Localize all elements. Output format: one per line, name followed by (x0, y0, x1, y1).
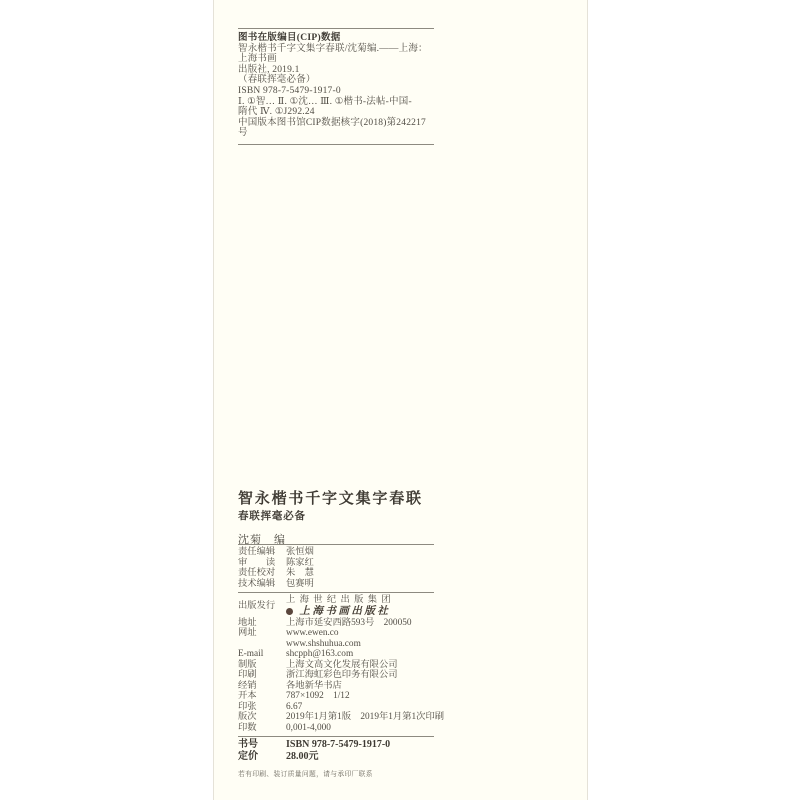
publishing-row: 版次2019年1月第1版 2019年1月第1次印刷 (238, 712, 434, 723)
row-label: 经销 (238, 681, 286, 692)
row-value-line: 6.67 (286, 702, 434, 713)
row-value: shcpph@163.com (286, 649, 434, 660)
row-value: 28.00元 (286, 751, 434, 763)
row-value-line: 2019年1月第1版 2019年1月第1次印刷 (286, 712, 444, 723)
publisher-group: 上 海 世 纪 出 版 集 团 (286, 595, 434, 606)
row-value: 陈家红 (286, 558, 434, 569)
staff-row: 责任编辑张恒烟 (238, 547, 434, 558)
row-label: 责任编辑 (238, 547, 286, 558)
row-label: 责任校对 (238, 568, 286, 579)
row-label: 审 读 (238, 558, 286, 569)
publisher-imprint-line: 上海书画出版社 (286, 606, 434, 618)
cip-heading: 图书在版编目(CIP)数据 (238, 33, 434, 44)
row-value: 787×1092 1/12 (286, 691, 434, 702)
row-label: 开本 (238, 691, 286, 702)
staff-section: 责任编辑张恒烟审 读陈家红责任校对朱 慧技术编辑包赛明 (238, 544, 434, 592)
publishing-row: 开本787×1092 1/12 (238, 691, 434, 702)
row-value-line: 上海市延安西路593号 200050 (286, 618, 434, 629)
publishing-row: 印张6.67 (238, 702, 434, 713)
scan-background: 图书在版编目(CIP)数据 智永楷书千字文集字春联/沈菊编.——上海：上海书画出… (0, 0, 800, 800)
row-label: 印张 (238, 702, 286, 713)
row-value: www.ewen.cowww.shshuhua.com (286, 628, 434, 649)
row-value: 6.67 (286, 702, 434, 713)
staff-row: 技术编辑包赛明 (238, 579, 434, 590)
row-value-line: 787×1092 1/12 (286, 691, 434, 702)
row-value: 0,001-4,000 (286, 723, 434, 734)
row-label: 出版发行 (238, 601, 286, 612)
staff-row: 审 读陈家红 (238, 558, 434, 569)
publisher-row: 出版发行 上 海 世 纪 出 版 集 团 上海书画出版社 (238, 595, 434, 618)
row-value-line: 上海文高文化发展有限公司 (286, 660, 434, 671)
row-value: 朱 慧 (286, 568, 434, 579)
cip-line: （春联挥毫必备） (238, 75, 434, 86)
row-value: 张恒烟 (286, 547, 434, 558)
row-label: 制版 (238, 660, 286, 671)
cip-line: 中国版本图书馆CIP数据核字(2018)第242217号 (238, 118, 434, 139)
cip-line: 智永楷书千字文集字春联/沈菊编.——上海：上海书画 (238, 44, 434, 65)
cip-line: Ⅰ. ①智… Ⅱ. ①沈… Ⅲ. ①楷书-法帖-中国- (238, 97, 434, 108)
row-value: 包赛明 (286, 579, 434, 590)
cip-line: 出版社, 2019.1 (238, 65, 434, 76)
publishing-row: 制版上海文高文化发展有限公司 (238, 660, 434, 671)
publishing-row: 网址www.ewen.cowww.shshuhua.com (238, 628, 434, 649)
row-label: 印刷 (238, 670, 286, 681)
publishing-section: 出版发行 上 海 世 纪 出 版 集 团 上海书画出版社 地址上海市延安西路59… (238, 592, 434, 736)
publishing-row: 地址上海市延安西路593号 200050 (238, 618, 434, 629)
row-value: 上海文高文化发展有限公司 (286, 660, 434, 671)
row-label: E-mail (238, 649, 286, 660)
colophon-table: 责任编辑张恒烟审 读陈家红责任校对朱 慧技术编辑包赛明 出版发行 上 海 世 纪… (238, 544, 434, 778)
row-value: 浙江海虹彩色印务有限公司 (286, 670, 434, 681)
book-title: 智永楷书千字文集字春联 (238, 487, 423, 508)
row-value: ISBN 978-7-5479-1917-0 (286, 739, 434, 751)
series-title: 春联挥毫必备 (238, 508, 306, 523)
publishing-row: 印刷浙江海虹彩色印务有限公司 (238, 670, 434, 681)
row-value: 上海市延安西路593号 200050 (286, 618, 434, 629)
staff-row: 责任校对朱 慧 (238, 568, 434, 579)
row-label: 技术编辑 (238, 579, 286, 590)
row-label: 书号 (238, 739, 286, 751)
row-label: 版次 (238, 712, 286, 723)
cip-block: 图书在版编目(CIP)数据 智永楷书千字文集字春联/沈菊编.——上海：上海书画出… (238, 28, 434, 145)
print-quality-note: 若有印刷、装订质量问题，请与承印厂联系 (238, 768, 434, 778)
publishing-row: 印数0,001-4,000 (238, 723, 434, 734)
row-label: 网址 (238, 628, 286, 649)
cip-line: ISBN 978-7-5479-1917-0 (238, 86, 434, 97)
publishing-row: 经销各地新华书店 (238, 681, 434, 692)
row-value: 各地新华书店 (286, 681, 434, 692)
publisher-value: 上 海 世 纪 出 版 集 团 上海书画出版社 (286, 595, 434, 618)
row-value: 2019年1月第1版 2019年1月第1次印刷 (286, 712, 444, 723)
cip-line: 隋代 Ⅳ. ①J292.24 (238, 107, 434, 118)
isbn-section: 书号ISBN 978-7-5479-1917-0定价28.00元 (238, 736, 434, 765)
row-label: 地址 (238, 618, 286, 629)
row-label: 定价 (238, 751, 286, 763)
row-label: 印数 (238, 723, 286, 734)
row-value-line: 各地新华书店 (286, 681, 434, 692)
row-value-line: shcpph@163.com (286, 649, 434, 660)
row-value-line: 0,001-4,000 (286, 723, 434, 734)
isbn-row: 定价28.00元 (238, 751, 434, 763)
row-value-line: 浙江海虹彩色印务有限公司 (286, 670, 434, 681)
publishing-row: E-mailshcpph@163.com (238, 649, 434, 660)
publisher-seal-icon (286, 608, 293, 615)
book-copyright-page: 图书在版编目(CIP)数据 智永楷书千字文集字春联/沈菊编.——上海：上海书画出… (213, 0, 588, 800)
row-value-line: www.ewen.co (286, 628, 434, 639)
publisher-imprint: 上海书画出版社 (299, 606, 390, 617)
isbn-row: 书号ISBN 978-7-5479-1917-0 (238, 739, 434, 751)
cip-lines: 智永楷书千字文集字春联/沈菊编.——上海：上海书画出版社, 2019.1（春联挥… (238, 44, 434, 139)
row-value-line: www.shshuhua.com (286, 639, 434, 650)
